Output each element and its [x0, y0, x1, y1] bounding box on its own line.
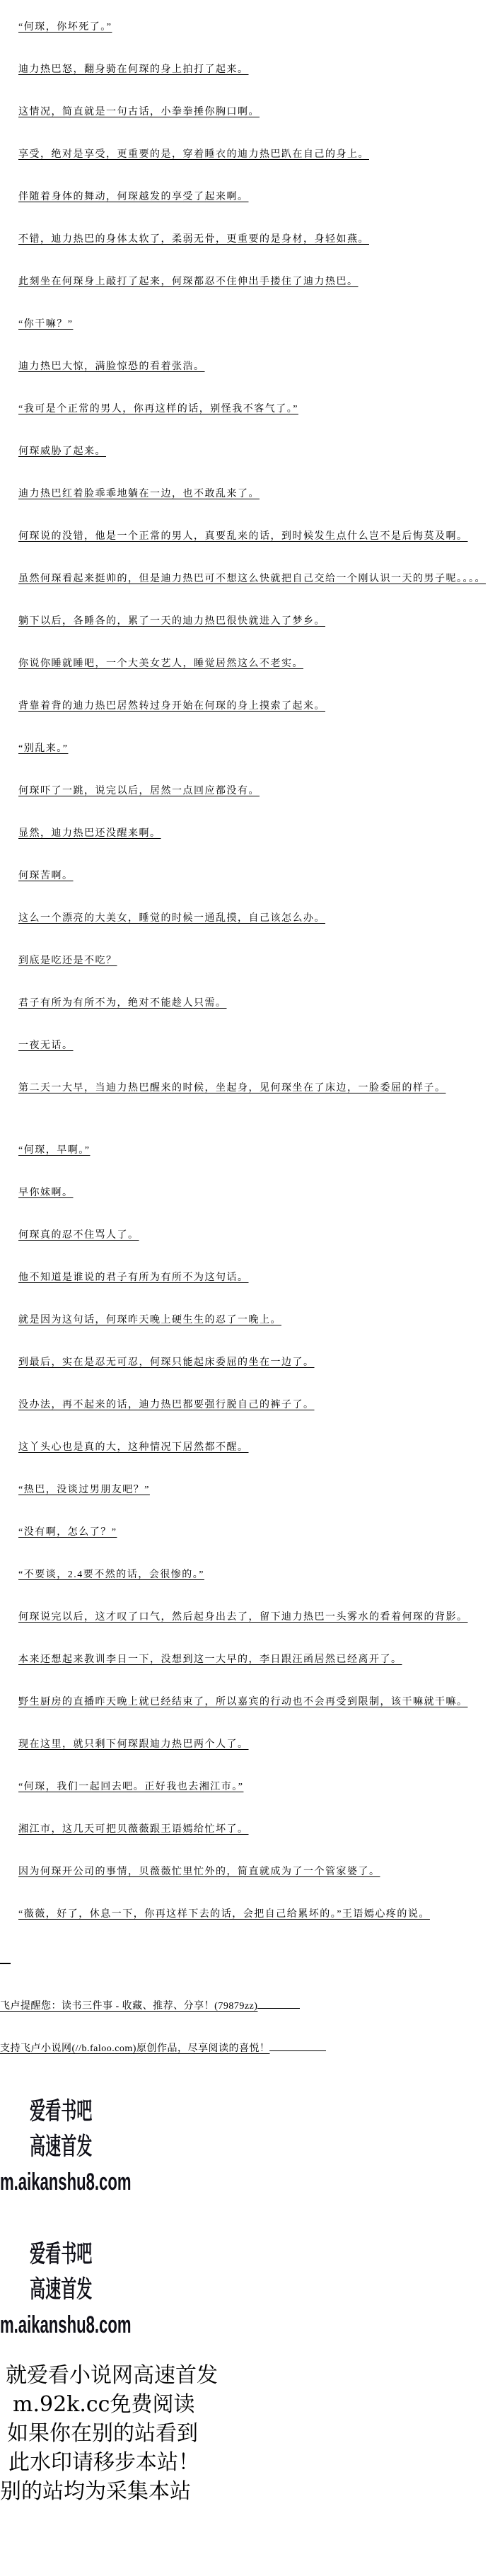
paragraph: “没有啊，怎么了？” — [0, 1522, 495, 1543]
92k-watermark-line: 如果你在别的站看到 — [7, 2419, 495, 2448]
paragraph: 就是因为这句话，何琛昨天晚上硬生生的忍了一晚上。 — [0, 1310, 495, 1331]
paragraph: 野生厨房的直播昨天晚上就已经结束了，所以嘉宾的行动也不会再受到限制，该干嘛就干嘛… — [0, 1692, 495, 1713]
paragraph: 何琛说完以后，这才叹了口气，然后起身出去了，留下迪力热巴一头雾水的看着何琛的背影… — [0, 1607, 495, 1628]
paragraph: 何琛威胁了起来。 — [0, 441, 495, 463]
paragraph: 伴随着身体的舞动，何琛越发的享受了起来啊。 — [0, 187, 495, 208]
paragraph: 何琛说的没错，他是一个正常的男人，真要乱来的话，到时候发生点什么岂不是后悔莫及啊… — [0, 526, 495, 547]
92k-watermark-line: 别的站均为采集本站 — [0, 2477, 495, 2506]
paragraph: 没办法，再不起来的话，迪力热巴都要强行脱自己的裤子了。 — [0, 1395, 495, 1416]
paragraph: “热巴，没谈过男朋友吧？” — [0, 1480, 495, 1501]
92k-watermark-line: m.92k.cc免费阅读 — [13, 2390, 495, 2419]
paragraph: 虽然何琛看起来挺帅的，但是迪力热巴可不想这么快就把自己交给一个刚认识一天的男子呢… — [0, 569, 495, 590]
faloo-support-note: 支持飞卢小说网(//b.faloo.com)原创作品，尽享阅读的喜悦！ — [0, 2038, 495, 2060]
paragraph: “不要谈，2.4要不然的话，会很惨的。” — [0, 1565, 495, 1586]
paragraph: 君子有所为有所不为，绝对不能趁人只需。 — [0, 993, 495, 1014]
92k-watermark-block: 就爱看小说网高速首发 m.92k.cc免费阅读 如果你在别的站看到 此水印请移步… — [0, 2361, 495, 2506]
paragraph-list: “何琛，你坏死了。”迪力热巴怒，翻身骑在何琛的身上拍打了起来。这情况，简直就是一… — [0, 0, 495, 1968]
paragraph: 一夜无话。 — [0, 1035, 495, 1057]
paragraph: 显然，迪力热巴还没醒来啊。 — [0, 823, 495, 845]
faloo-reminder-note: 飞卢提醒您：读书三件事 - 收藏、推荐、分享！(79879zz) — [0, 1996, 495, 2017]
paragraph: 何琛真的忍不住骂人了。 — [0, 1225, 495, 1246]
paragraph: 何琛吓了一跳，说完以后，居然一点回应都没有。 — [0, 781, 495, 802]
paragraph: 这丫头心也是真的大，这种情况下居然都不醒。 — [0, 1437, 495, 1458]
watermark-site-url: m.aikanshu8.com — [0, 2307, 495, 2343]
paragraph: “你干嘛？” — [0, 314, 495, 335]
paragraph: “别乱来。” — [0, 738, 495, 760]
paragraph: “何琛，我们一起回去吧。正好我也去湘江市。” — [0, 1777, 495, 1798]
watermark-tagline: 高速首发 — [30, 2272, 495, 2307]
watermark-tagline: 高速首发 — [30, 2129, 495, 2164]
paragraph: 迪力热巴怒，翻身骑在何琛的身上拍打了起来。 — [0, 59, 495, 81]
paragraph: “何琛，早啊。” — [0, 1140, 495, 1161]
paragraph: 到底是吃还是不吃？ — [0, 951, 495, 972]
paragraph: 本来还想起来教训李日一下，没想到这一大早的，李日跟汪函居然已经离开了。 — [0, 1649, 495, 1671]
paragraph: 他不知道是谁说的君子有所为有所不为这句话。 — [0, 1267, 495, 1289]
paragraph: 迪力热巴大惊，满脸惊恐的看着张浩。 — [0, 356, 495, 378]
wrapped-underline-artifact — [0, 1946, 11, 1968]
watermark-tagline-text: 高速首发 — [30, 2129, 92, 2164]
paragraph: “我可是个正常的男人，你再这样的话，别怪我不客气了。” — [0, 399, 495, 420]
watermark-tagline-text: 高速首发 — [30, 2272, 92, 2307]
watermark-site-url-text: m.aikanshu8.com — [0, 2307, 131, 2343]
paragraph: 现在这里，就只剩下何琛跟迪力热巴两个人了。 — [0, 1734, 495, 1756]
aikanshu-watermark-block-2: 爱看书吧 高速首发 m.aikanshu8.com — [0, 2236, 495, 2343]
paragraph: 到最后，实在是忍无可忍，何琛只能起床委屈的坐在一边了。 — [0, 1352, 495, 1374]
paragraph: 这么一个漂亮的大美女，睡觉的时候一通乱摸，自己该怎么办。 — [0, 908, 495, 929]
watermark-site-name-text: 爱看书吧 — [30, 2236, 92, 2272]
novel-reader-page: { "page": { "width": 700, "height": 3642… — [0, 0, 495, 2576]
novel-text-document: “何琛，你坏死了。”迪力热巴怒，翻身骑在何琛的身上拍打了起来。这情况，简直就是一… — [0, 0, 495, 2506]
paragraph: 何琛苦啊。 — [0, 866, 495, 887]
paragraph: 此刻坐在何琛身上敲打了起来，何琛都忍不住伸出手搂住了迪力热巴。 — [0, 272, 495, 293]
watermark-site-name: 爱看书吧 — [30, 2236, 495, 2272]
paragraph: 你说你睡就睡吧，一个大美女艺人，睡觉居然这么不老实。 — [0, 654, 495, 675]
paragraph: 不错，迪力热巴的身体太软了，柔弱无骨，更重要的是身材，身轻如燕。 — [0, 229, 495, 250]
paragraph: 早你妹啊。 — [0, 1183, 495, 1204]
92k-watermark-line: 就爱看小说网高速首发 — [6, 2361, 495, 2390]
watermark-site-url-text: m.aikanshu8.com — [0, 2164, 131, 2200]
paragraph: “何琛，你坏死了。” — [0, 17, 495, 38]
92k-watermark-line: 此水印请移步本站！ — [8, 2448, 495, 2477]
watermark-site-name-text: 爱看书吧 — [30, 2094, 92, 2129]
paragraph: 享受，绝对是享受，更重要的是，穿着睡衣的迪力热巴趴在自己的身上。 — [0, 144, 495, 166]
paragraph: “薇薇，好了，休息一下，你再这样下去的话，会把自己给累坏的。”王语嫣心疼的说。 — [0, 1904, 495, 1925]
paragraph: 第二天一大早，当迪力热巴醒来的时候，坐起身，见何琛坐在了床边，一脸委屈的样子。 — [0, 1078, 495, 1099]
watermark-site-name: 爱看书吧 — [30, 2094, 495, 2129]
paragraph: 因为何琛开公司的事情，贝薇薇忙里忙外的，简直就成为了一个管家婆了。 — [0, 1862, 495, 1883]
aikanshu-watermark-block-1: 爱看书吧 高速首发 m.aikanshu8.com — [0, 2094, 495, 2200]
paragraph: 迪力热巴红着脸乖乖地躺在一边，也不敢乱来了。 — [0, 484, 495, 505]
paragraph: 这情况，简直就是一句古话，小拳拳捶你胸口啊。 — [0, 102, 495, 123]
paragraph: 背靠着背的迪力热巴居然转过身开始在何琛的身上摸索了起来。 — [0, 696, 495, 717]
paragraph: 躺下以后，各睡各的，累了一天的迪力热巴很快就进入了梦乡。 — [0, 611, 495, 632]
watermark-site-url: m.aikanshu8.com — [0, 2164, 495, 2200]
paragraph: 湘江市，这几天可把贝薇薇跟王语嫣给忙坏了。 — [0, 1819, 495, 1840]
